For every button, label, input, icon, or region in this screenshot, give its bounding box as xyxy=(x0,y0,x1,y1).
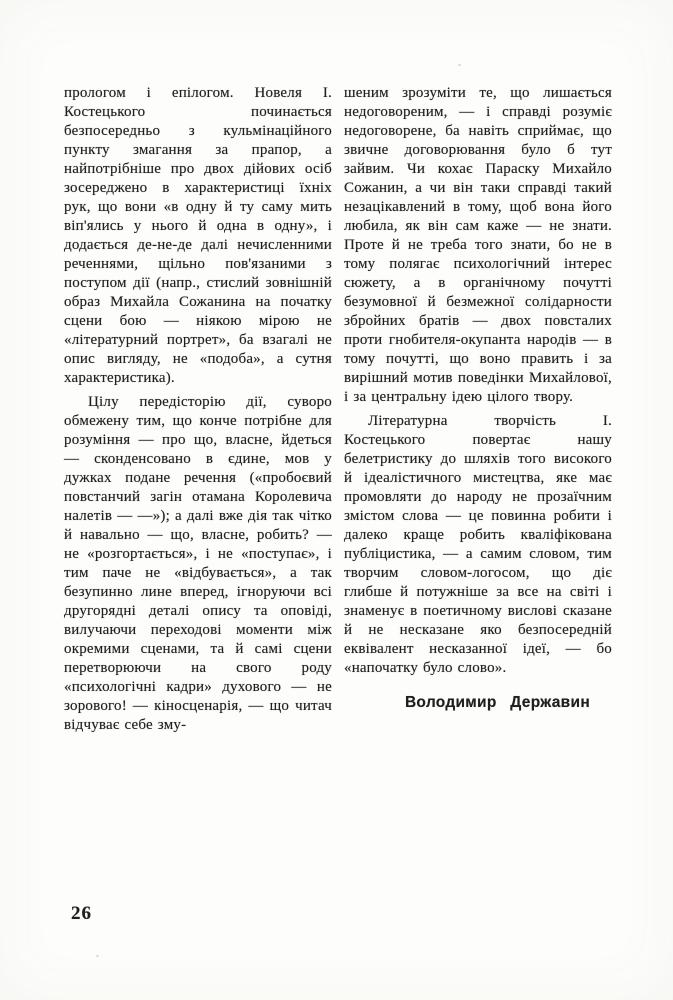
scan-speckle xyxy=(96,955,99,957)
paragraph: Літературна творчість І. Костецького пов… xyxy=(344,412,612,678)
paragraph-continuation: прологом і епілогом. Новеля І. Костецько… xyxy=(64,84,332,388)
author-signature: Володимир Державин xyxy=(344,693,612,712)
right-text-column: шеним зрозуміти те, що лишається недогов… xyxy=(344,84,612,735)
page-number: 26 xyxy=(71,903,92,925)
left-text-column: прологом і епілогом. Новеля І. Костецько… xyxy=(64,84,332,735)
scanned-page: прологом і епілогом. Новеля І. Костецько… xyxy=(0,0,673,1000)
two-column-text-block: прологом і епілогом. Новеля І. Костецько… xyxy=(64,84,612,735)
paragraph-continuation: шеним зрозуміти те, що лишається недогов… xyxy=(344,84,612,407)
paragraph: Цілу передісторію дії, суворо обмежену т… xyxy=(64,393,332,735)
scan-speckle xyxy=(458,64,461,66)
